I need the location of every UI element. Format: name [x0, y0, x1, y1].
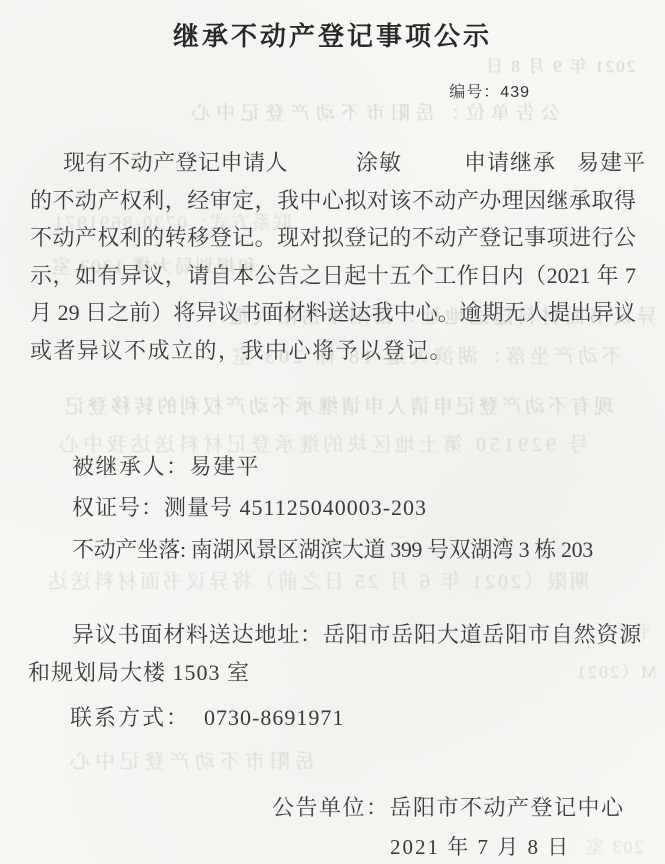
- field-property-location: 不动产坐落:南湖风景区湖滨大道 399 号双湖湾 3 栋 203: [72, 533, 593, 564]
- issuer-line: 公告单位：岳阳市不动产登记中心: [272, 791, 625, 822]
- field-certificate-label: 权证号：: [72, 495, 164, 520]
- doc-number-value: 439: [500, 84, 530, 101]
- notice-date: 2021 年 7 月 8 日: [390, 831, 570, 861]
- field-objection-address-line2: 和规划局大楼 1503 室: [28, 656, 250, 687]
- field-contact-value: 0730-8691971: [204, 705, 344, 730]
- scanned-notice-page: 2021 年 9 月 8 日 公告单位：岳阳市不动产登记中心 联系方式：0730…: [0, 0, 665, 864]
- field-objection-address-line1: 异议书面材料送达地址：岳阳市岳阳大道岳阳市自然资源: [72, 618, 642, 649]
- field-decedent: 被继承人：易建平: [72, 450, 260, 481]
- body-line: 的不动产权利，经审定，我中心拟对该不动产办理因继承取得: [30, 182, 636, 220]
- field-contact-label: 联系方式：: [70, 705, 190, 730]
- applicant-lead-text: 现有不动产登记申请人: [63, 144, 288, 182]
- decedent-name: 易建平: [577, 144, 646, 182]
- field-location-value: 南湖风景区湖滨大道 399 号双湖湾 3 栋 203: [191, 537, 593, 562]
- issuer-value: 岳阳市不动产登记中心: [390, 795, 625, 820]
- issuer-label: 公告单位：: [272, 795, 390, 820]
- field-objection-value1: 岳阳市岳阳大道岳阳市自然资源: [323, 622, 642, 647]
- body-line-applicants: 现有不动产登记申请人 涂敏 申请继承 易建平: [30, 144, 636, 182]
- bleedthrough-text: 岳阳市不动产登记中心: [65, 745, 315, 774]
- doc-number: 编号：439: [449, 79, 530, 102]
- field-decedent-value: 易建平: [190, 454, 261, 479]
- field-certificate-number: 权证号：测量号 451125040003-203: [72, 491, 427, 522]
- applicant-name: 涂敏: [356, 144, 402, 182]
- field-location-label: 不动产坐落:: [72, 537, 186, 562]
- field-objection-label: 异议书面材料送达地址：: [72, 622, 323, 647]
- field-objection-value2: 和规划局大楼 1503 室: [28, 660, 250, 685]
- bleedthrough-text: 现有不动产登记申请人申请继承不动产权利的转移登记: [62, 390, 614, 419]
- bleedthrough-text: 2021 年 9 月 8 日: [484, 52, 635, 77]
- body-line: 或者异议不成立的，我中心将予以登记。: [30, 332, 636, 370]
- body-line: 示，如有异议，请自本公告之日起十五个工作日内（2021 年 7: [30, 257, 636, 295]
- notice-title: 继承不动产登记事项公示: [0, 16, 665, 53]
- field-contact: 联系方式：0730-8691971: [70, 701, 344, 732]
- inherit-verb-text: 申请继承: [464, 144, 556, 182]
- field-certificate-value: 测量号 451125040003-203: [164, 495, 427, 520]
- bleedthrough-text: M（2021: [575, 658, 657, 684]
- field-decedent-label: 被继承人：: [72, 454, 190, 479]
- body-line: 不动产权利的转移登记。现对拟登记的不动产登记事项进行公: [30, 219, 636, 257]
- doc-number-label: 编号：: [449, 84, 500, 101]
- bleedthrough-text: 203 室: [584, 833, 644, 859]
- bleedthrough-text: 期限（2021 年 6 月 25 日之前）将异议书面材料送达: [45, 565, 590, 594]
- notice-body: 现有不动产登记申请人 涂敏 申请继承 易建平 的不动产权利，经审定，我中心拟对该…: [30, 144, 636, 370]
- body-line: 月 29 日之前）将异议书面材料送达我中心。逾期无人提出异议: [30, 294, 636, 332]
- bleedthrough-text: 公告单位：岳阳市不动产登记中心: [185, 98, 560, 125]
